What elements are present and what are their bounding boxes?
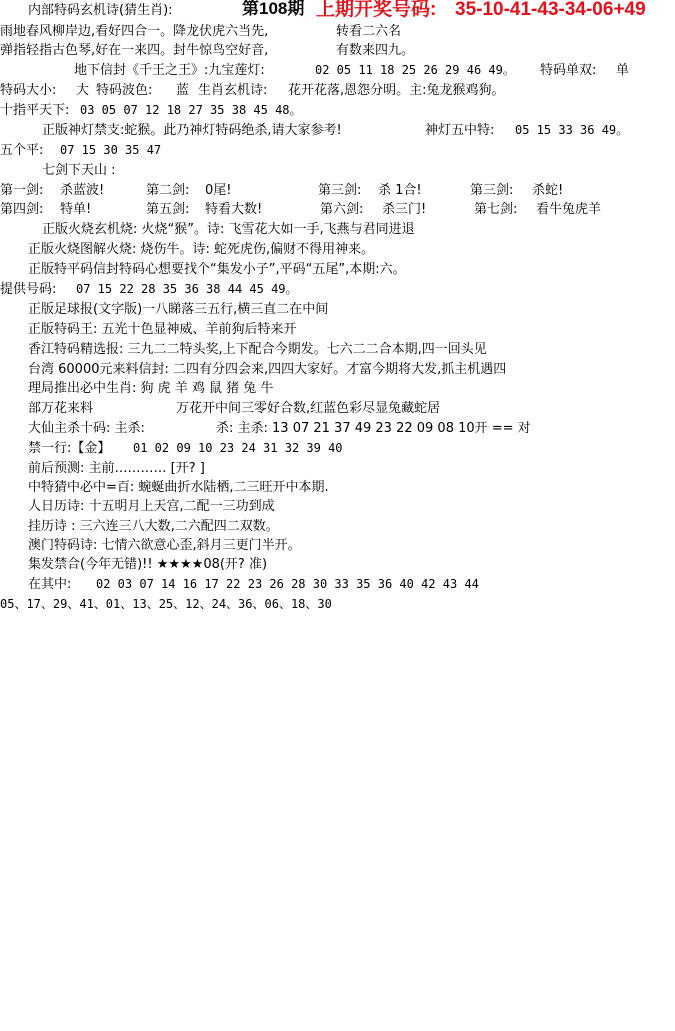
odd-even-value: 单 <box>616 61 629 80</box>
ten-fingers-numbers: 03 05 07 12 18 27 35 38 45 48。 <box>80 101 302 120</box>
daxian-label: 大仙主杀十码: 主杀: <box>28 419 145 438</box>
poem-text: 有数来四九。 <box>336 41 414 60</box>
lamp-five-numbers: 05 15 33 36 49。 <box>515 121 628 140</box>
ten-fingers-label: 十指平天下: <box>0 101 69 120</box>
sword-label: 第三剑: <box>470 181 513 200</box>
size-value: 大 <box>76 81 89 100</box>
fire-text: 正版火烧玄机烧: 火烧“猴”。诗: 飞雪花大如一手,飞燕与君同进退 <box>42 220 415 239</box>
item-text: 澳门特码诗: 七情六欲意心歪,斜月三更门半开。 <box>28 536 301 555</box>
color-label: 特码波色: <box>96 81 152 100</box>
item-text: 正版足球报(文字版)一八睇落三五行,横三直二在中间 <box>28 300 328 319</box>
item-text: 中特猜中必中=百: 蜿蜒曲折水陆栖,二三旺开中本期. <box>28 478 329 497</box>
zodiac-poem-label: 生肖玄机诗: <box>198 81 267 100</box>
sword-value: 特看大数! <box>205 200 262 219</box>
color-value: 蓝 <box>176 81 189 100</box>
section-title: 七剑下天山 : <box>42 161 116 180</box>
sword-value: 0尾! <box>205 181 231 200</box>
five-flat-label: 五个平: <box>0 141 43 160</box>
sword-label: 第二剑: <box>146 181 189 200</box>
lamp-text: 正版神灯禁支:蛇猴。此乃神灯特码绝杀,请大家参考! <box>42 121 342 140</box>
last-draw-numbers: 35-10-41-43-34-06+49 <box>455 0 646 19</box>
sword-label: 第六剑: <box>320 200 363 219</box>
sequence-numbers: 05、17、29、41、01、13、25、12、24、36、06、18、30 <box>0 595 332 614</box>
wanhua-label: 部万花来料 <box>28 399 93 418</box>
item-text: 正版特码王: 五光十色显神威、羊前狗后特来开 <box>28 320 297 339</box>
sword-label: 第四剑: <box>0 200 43 219</box>
forbidden-label: 禁一行:【金】 <box>28 439 110 458</box>
last-draw-label: 上期开奖号码: <box>316 0 436 19</box>
daxian-text: 杀: 主杀: 13 07 21 37 49 23 22 09 08 10开 ==… <box>216 419 531 438</box>
header-title: 内部特码玄机诗(猜生肖): <box>28 1 173 20</box>
zodiac-poem-value: 花开花落,恩怨分明。主:兔龙猴鸡狗。 <box>288 81 505 100</box>
size-label: 特码大小: <box>0 81 56 100</box>
sword-label: 第一剑: <box>0 181 43 200</box>
sword-value: 杀 1合! <box>378 181 422 200</box>
sword-value: 看牛兔虎羊 <box>536 200 601 219</box>
sword-value: 杀蛇! <box>532 181 563 200</box>
lamp-five-label: 神灯五中特: <box>425 121 494 140</box>
item-text: 人日历诗: 十五明月上天宫,二配一三功到成 <box>28 497 275 516</box>
wanhua-text: 万花开中间三零好合数,红蓝色彩尽显兔藏蛇居 <box>176 399 440 418</box>
envelope-label: 地下信封《千王之王》:九宝莲灯: <box>74 61 265 80</box>
item-text: 台湾 60000元来料信封: 二四有分四会来,四四大家好。才富今期将大发,抓主机… <box>28 360 506 379</box>
forbidden-numbers: 01 02 09 10 23 24 31 32 39 40 <box>133 439 343 458</box>
among-label: 在其中: <box>28 575 71 594</box>
poem-text: 弹指轻指古色琴,好在一来四。封牛惊鸟空好音, <box>0 41 268 60</box>
provided-numbers: 07 15 22 28 35 36 38 44 45 49。 <box>76 280 298 299</box>
fire-text: 正版火烧图解火烧: 烧伤牛。诗: 蛇死虎伤,偏财不得用神来。 <box>28 240 374 259</box>
sword-label: 第三剑: <box>318 181 361 200</box>
item-text: 香江特码精选报: 三九二二特头奖,上下配合今期发。七六二二合本期,四一回头见 <box>28 340 487 359</box>
fire-text: 正版特平码信封特码心想要找个“集发小子”,平码“五尾”,本期:六。 <box>28 260 406 279</box>
five-flat-numbers: 07 15 30 35 47 <box>60 141 161 160</box>
among-numbers: 02 03 07 14 16 17 22 23 26 28 30 33 35 3… <box>96 575 479 594</box>
sword-label: 第七剑: <box>474 200 517 219</box>
poem-text: 转看二六名 <box>336 22 401 41</box>
sword-value: 特单! <box>60 200 91 219</box>
odd-even-label: 特码单双: <box>540 61 596 80</box>
envelope-numbers: 02 05 11 18 25 26 29 46 49。 <box>315 61 515 80</box>
period-number: 第108期 <box>242 0 304 18</box>
sword-label: 第五剑: <box>146 200 189 219</box>
poem-text: 雨地春风柳岸边,看好四合一。降龙伏虎六当先, <box>0 22 268 41</box>
provided-label: 提供号码: <box>0 280 56 299</box>
item-text: 前后预测: 主前………… [开? ] <box>28 459 205 478</box>
item-text: 理局推出必中生肖: 狗 虎 羊 鸡 鼠 猪 兔 牛 <box>28 379 273 398</box>
sword-value: 杀三门! <box>382 200 426 219</box>
sword-value: 杀蓝波! <box>60 181 104 200</box>
item-text: 挂历诗 : 三六连三八大数,二六配四二双数。 <box>28 517 279 536</box>
item-text: 集发禁合(今年无错)!! ★★★★08(开? 准) <box>28 555 267 574</box>
